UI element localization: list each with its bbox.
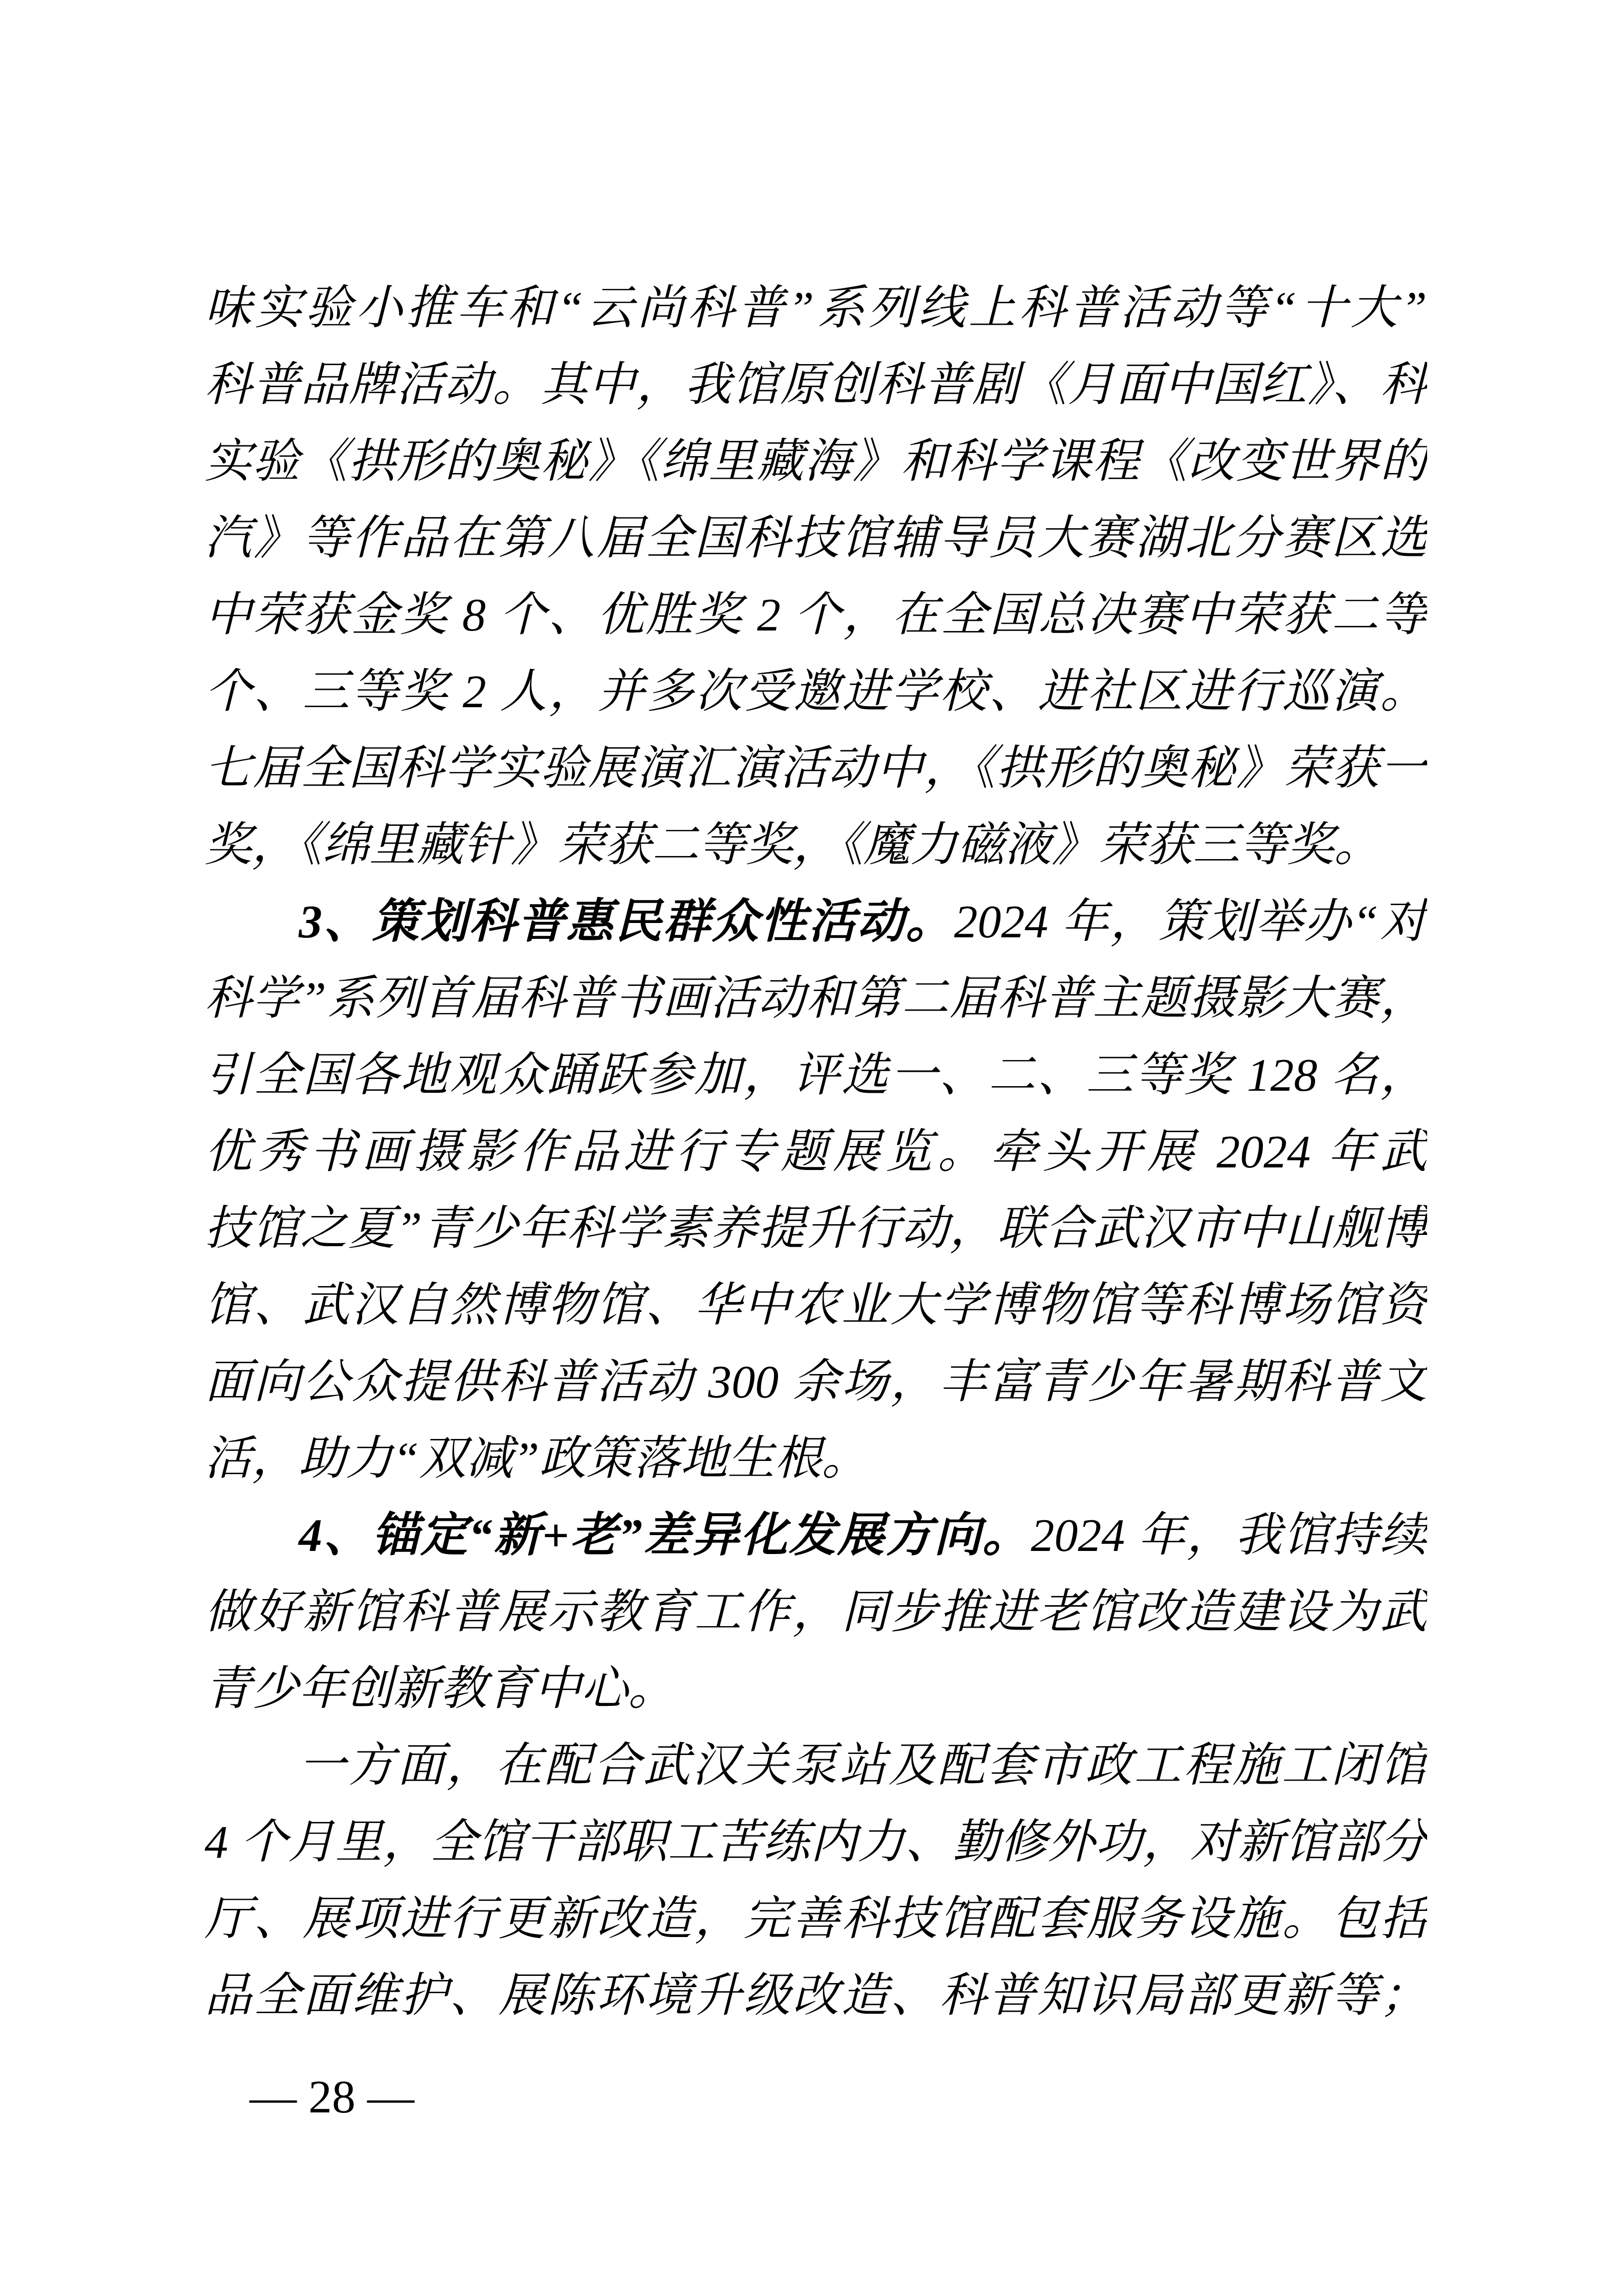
text-line: 4 个月里，全馆干部职工苦练内力、勤修外功，对新馆部分展 <box>205 1804 1427 1880</box>
text-line: 中荣获金奖 8 个、优胜奖 2 个，在全国总决赛中荣获二等奖 3 <box>205 576 1427 653</box>
page-number: — 28 — <box>250 2070 414 2123</box>
text-line: 活，助力“双减”政策落地生根。 <box>205 1420 1427 1497</box>
text-line: 七届全国科学实验展演汇演活动中，《拱形的奥秘》荣获一等 <box>205 730 1427 806</box>
text-line: 科普品牌活动。其中，我馆原创科普剧《月面中国红》、科学 <box>205 346 1427 423</box>
text-line: 实验《拱形的奥秘》《绵里藏海》和科学课程《改变世界的蒸 <box>205 423 1427 500</box>
text-line: 优秀书画摄影作品进行专题展览。牵头开展 2024 年武汉“科 <box>205 1113 1427 1190</box>
text-line: 3、策划科普惠民群众性活动。2024 年，策划举办“对话 <box>205 883 1427 960</box>
text-line: 引全国各地观众踊跃参加，评选一、二、三等奖 128 名，并将 <box>205 1037 1427 1113</box>
text-line: 汽》等作品在第八届全国科技馆辅导员大赛湖北分赛区选拔赛 <box>205 500 1427 576</box>
text-line: 个、三等奖 2 人，并多次受邀进学校、进社区进行巡演。在第 <box>205 653 1427 730</box>
text-line: 馆、武汉自然博物馆、华中农业大学博物馆等科博场馆资源， <box>205 1267 1427 1343</box>
text-line: 一方面，在配合武汉关泵站及配套市政工程施工闭馆的近 <box>205 1727 1427 1804</box>
text-line: 4、锚定“新+老”差异化发展方向。2024 年，我馆持续 <box>205 1497 1427 1573</box>
text-line: 品全面维护、展陈环境升级改造、科普知识局部更新等；完成 <box>205 1957 1427 2034</box>
paragraph-heading: 4、锚定“新+老”差异化发展方向。 <box>299 1509 1031 1561</box>
text-line: 做好新馆科普展示教育工作，同步推进老馆改造建设为武汉市 <box>205 1573 1427 1650</box>
text-line: 科学”系列首届科普书画活动和第二届科普主题摄影大赛，吸 <box>205 960 1427 1037</box>
text-line: 厅、展项进行更新改造，完善科技馆配套服务设施。包括对展 <box>205 1880 1427 1957</box>
text-line: 技馆之夏”青少年科学素养提升行动，联合武汉市中山舰博物 <box>205 1190 1427 1267</box>
text-line: 味实验小推车和“云尚科普”系列线上科普活动等“十大” <box>205 269 1427 346</box>
text-line: 奖，《绵里藏针》荣获二等奖，《魔力磁液》荣获三等奖。 <box>205 806 1427 883</box>
document-body: 味实验小推车和“云尚科普”系列线上科普活动等“十大”科普品牌活动。其中，我馆原创… <box>205 269 1427 2034</box>
document-page: 味实验小推车和“云尚科普”系列线上科普活动等“十大”科普品牌活动。其中，我馆原创… <box>0 0 1624 2296</box>
paragraph-heading: 3、策划科普惠民群众性活动。 <box>299 895 954 948</box>
text-line: 青少年创新教育中心。 <box>205 1650 1427 1727</box>
text-line: 面向公众提供科普活动 300 余场，丰富青少年暑期科普文化生 <box>205 1343 1427 1420</box>
text-run: 2024 年，我馆持续 <box>1031 1509 1427 1561</box>
page-footer: — 28 — <box>250 2063 414 2130</box>
